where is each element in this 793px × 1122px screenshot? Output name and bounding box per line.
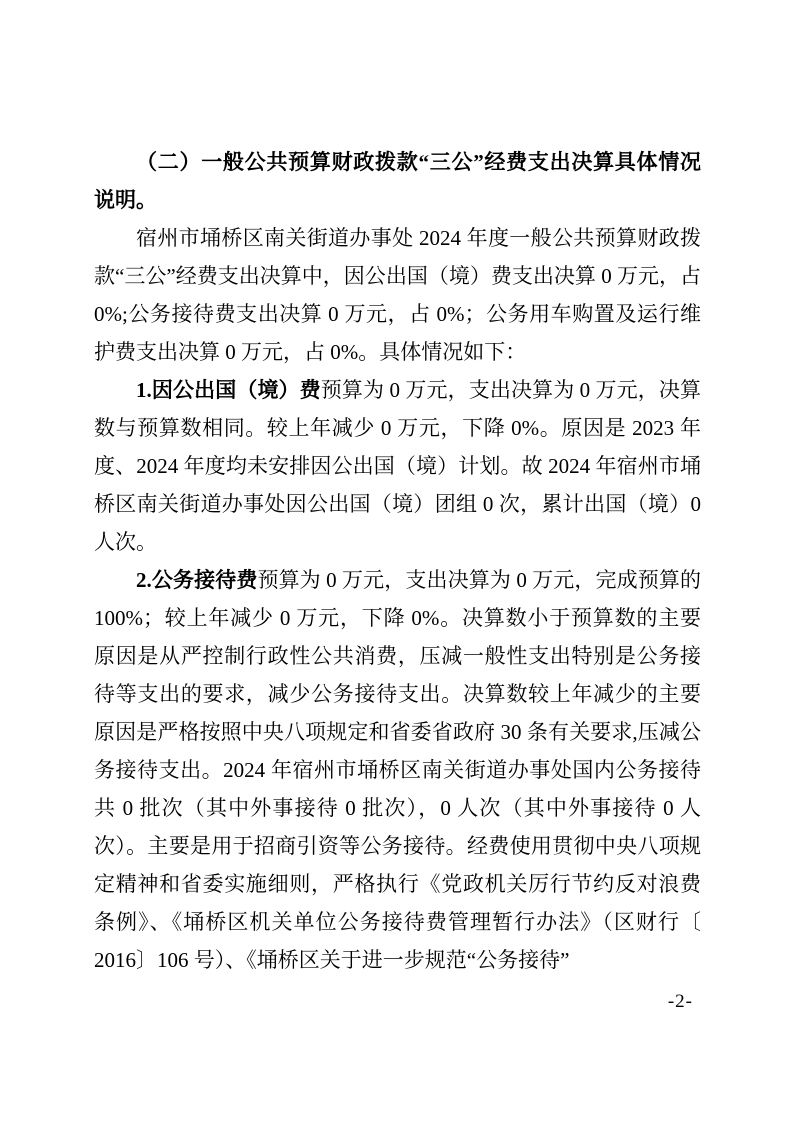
paragraph-lead: 2.公务接待费 [136, 568, 257, 592]
paragraph-item-1: 1.因公出国（境）费预算为 0 万元，支出决算为 0 万元，决算数与预算数相同。… [94, 371, 701, 561]
paragraph-text: 宿州市埇桥区南关街道办事处 2024 年度一般公共预算财政拨款“三公”经费支出决… [94, 226, 701, 364]
page-number: -2- [668, 989, 693, 1015]
section-heading: （二）一般公共预算财政拨款“三公”经费支出决算具体情况说明。 [94, 143, 701, 219]
document-content: （二）一般公共预算财政拨款“三公”经费支出决算具体情况说明。 宿州市埇桥区南关街… [94, 143, 701, 979]
paragraph-overview: 宿州市埇桥区南关街道办事处 2024 年度一般公共预算财政拨款“三公”经费支出决… [94, 219, 701, 371]
document-page: （二）一般公共预算财政拨款“三公”经费支出决算具体情况说明。 宿州市埇桥区南关街… [0, 0, 793, 1122]
paragraph-lead: 1.因公出国（境）费 [136, 378, 321, 402]
paragraph-text: 预算为 0 万元，支出决算为 0 万元，决算数与预算数相同。较上年减少 0 万元… [94, 378, 701, 554]
paragraph-item-2: 2.公务接待费预算为 0 万元，支出决算为 0 万元，完成预算的 100%；较上… [94, 561, 701, 979]
paragraph-text: 预算为 0 万元，支出决算为 0 万元，完成预算的 100%；较上年减少 0 万… [94, 568, 701, 972]
